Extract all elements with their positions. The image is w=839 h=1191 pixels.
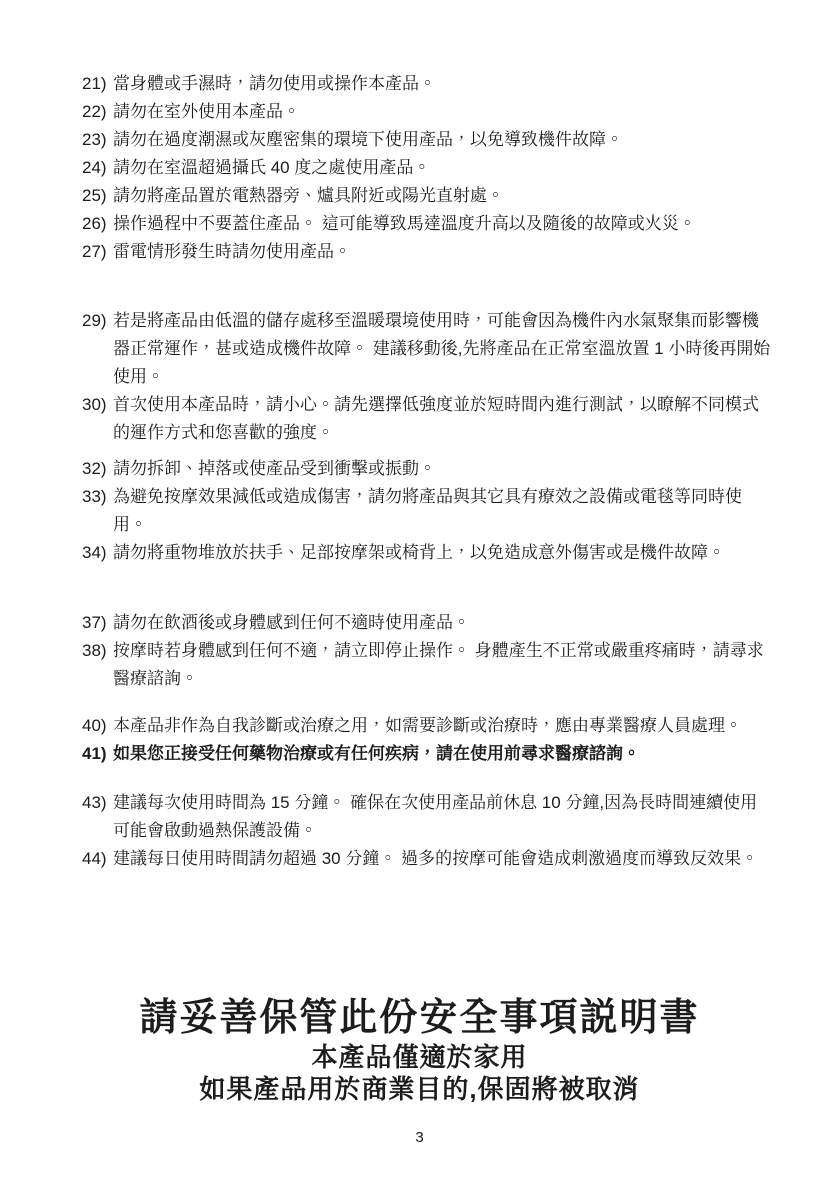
- item-number: 26): [82, 210, 113, 238]
- item-number: 24): [82, 154, 113, 182]
- list-item: 32)請勿拆卸、掉落或使產品受到衝擊或振動。: [82, 455, 771, 483]
- list-item: 38)按摩時若身體感到任何不適，請立即停止操作。 身體產生不正常或嚴重疼痛時，請…: [82, 637, 771, 693]
- list-item: 27)雷電情形發生時請勿使用產品。: [82, 238, 771, 266]
- document-page: 21)當身體或手濕時，請勿使用或操作本產品。22)請勿在室外使用本產品。23)請…: [0, 0, 839, 1191]
- list-item: 25)請勿將產品置於電熱器旁、爐具附近或陽光直射處。: [82, 182, 771, 210]
- item-text: 若是將產品由低溫的儲存處移至溫暖環境使用時，可能會因為機件內水氣聚集而影響機器正…: [113, 307, 771, 391]
- list-item: 43)建議每次使用時間為 15 分鐘。 確保在次使用產品前休息 10 分鐘,因為…: [82, 789, 771, 845]
- item-text: 如果您正接受任何藥物治療或有任何疾病，請在使用前尋求醫療諮詢。: [113, 740, 771, 768]
- item-text: 操作過程中不要蓋住產品。 這可能導致馬達溫度升高以及隨後的故障或火災。: [113, 210, 771, 238]
- item-number: 34): [82, 539, 113, 567]
- list-item: 34)請勿將重物堆放於扶手、足部按摩架或椅背上，以免造成意外傷害或是機件故障。: [82, 539, 771, 567]
- item-number: 25): [82, 182, 113, 210]
- list-item: 23)請勿在過度潮濕或灰塵密集的環境下使用產品，以免導致機件故障。: [82, 126, 771, 154]
- item-number: 33): [82, 483, 113, 511]
- footer-subtitle-home-use: 本產品僅適於家用: [0, 1041, 839, 1073]
- list-item: 33)為避免按摩效果減低或造成傷害，請勿將產品與其它具有療效之設備或電毯等同時使…: [82, 483, 771, 539]
- item-number: 23): [82, 126, 113, 154]
- item-number: 22): [82, 98, 113, 126]
- list-item: 37)請勿在飲酒後或身體感到任何不適時使用產品。: [82, 609, 771, 637]
- footer-subtitle-warranty: 如果產品用於商業目的,保固將被取消: [0, 1073, 839, 1105]
- item-number: 32): [82, 455, 113, 483]
- list-item: 21)當身體或手濕時，請勿使用或操作本產品。: [82, 70, 771, 98]
- item-text: 請勿將產品置於電熱器旁、爐具附近或陽光直射處。: [113, 182, 771, 210]
- item-number: 38): [82, 637, 113, 665]
- footer-title: 請妥善保管此份安全事項説明書: [0, 995, 839, 1041]
- item-text: 本產品非作為自我診斷或治療之用，如需要診斷或治療時，應由專業醫療人員處理。: [113, 712, 771, 740]
- item-number: 27): [82, 238, 113, 266]
- page-number: 3: [0, 1128, 839, 1148]
- list-item: 26)操作過程中不要蓋住產品。 這可能導致馬達溫度升高以及隨後的故障或火災。: [82, 210, 771, 238]
- item-text: 請勿在室溫超過攝氏 40 度之處使用產品。: [113, 154, 771, 182]
- item-text: 請勿在室外使用本產品。: [113, 98, 771, 126]
- item-text: 雷電情形發生時請勿使用產品。: [113, 238, 771, 266]
- item-text: 建議每次使用時間為 15 分鐘。 確保在次使用產品前休息 10 分鐘,因為長時間…: [113, 789, 771, 845]
- safety-list: 21)當身體或手濕時，請勿使用或操作本產品。22)請勿在室外使用本產品。23)請…: [82, 70, 771, 873]
- item-number: 41): [82, 740, 113, 768]
- item-number: 43): [82, 789, 113, 817]
- list-item: 40)本產品非作為自我診斷或治療之用，如需要診斷或治療時，應由專業醫療人員處理。: [82, 712, 771, 740]
- item-text: 首次使用本產品時，請小心。請先選擇低強度並於短時間內進行測試，以瞭解不同模式的運…: [113, 391, 771, 447]
- item-text: 當身體或手濕時，請勿使用或操作本產品。: [113, 70, 771, 98]
- item-text: 請勿拆卸、掉落或使產品受到衝擊或振動。: [113, 455, 771, 483]
- item-number: 44): [82, 845, 113, 873]
- item-text: 請勿在飲酒後或身體感到任何不適時使用產品。: [113, 609, 771, 637]
- list-item: 29)若是將產品由低溫的儲存處移至溫暖環境使用時，可能會因為機件內水氣聚集而影響…: [82, 307, 771, 391]
- item-text: 為避免按摩效果減低或造成傷害，請勿將產品與其它具有療效之設備或電毯等同時使用。: [113, 483, 771, 539]
- footer-block: 請妥善保管此份安全事項説明書 本產品僅適於家用 如果產品用於商業目的,保固將被取…: [0, 995, 839, 1105]
- item-number: 40): [82, 712, 113, 740]
- list-item: 22)請勿在室外使用本產品。: [82, 98, 771, 126]
- list-item: 44)建議每日使用時間請勿超過 30 分鐘。 過多的按摩可能會造成刺激過度而導致…: [82, 845, 771, 873]
- item-text: 按摩時若身體感到任何不適，請立即停止操作。 身體產生不正常或嚴重疼痛時，請尋求醫…: [113, 637, 771, 693]
- item-number: 37): [82, 609, 113, 637]
- list-item: 30)首次使用本產品時，請小心。請先選擇低強度並於短時間內進行測試，以瞭解不同模…: [82, 391, 771, 447]
- item-text: 請勿在過度潮濕或灰塵密集的環境下使用產品，以免導致機件故障。: [113, 126, 771, 154]
- list-item: 24)請勿在室溫超過攝氏 40 度之處使用產品。: [82, 154, 771, 182]
- item-number: 29): [82, 307, 113, 335]
- item-number: 21): [82, 70, 113, 98]
- list-item: 41)如果您正接受任何藥物治療或有任何疾病，請在使用前尋求醫療諮詢。: [82, 740, 771, 768]
- item-text: 建議每日使用時間請勿超過 30 分鐘。 過多的按摩可能會造成刺激過度而導致反效果…: [113, 845, 771, 873]
- item-text: 請勿將重物堆放於扶手、足部按摩架或椅背上，以免造成意外傷害或是機件故障。: [113, 539, 771, 567]
- item-number: 30): [82, 391, 113, 419]
